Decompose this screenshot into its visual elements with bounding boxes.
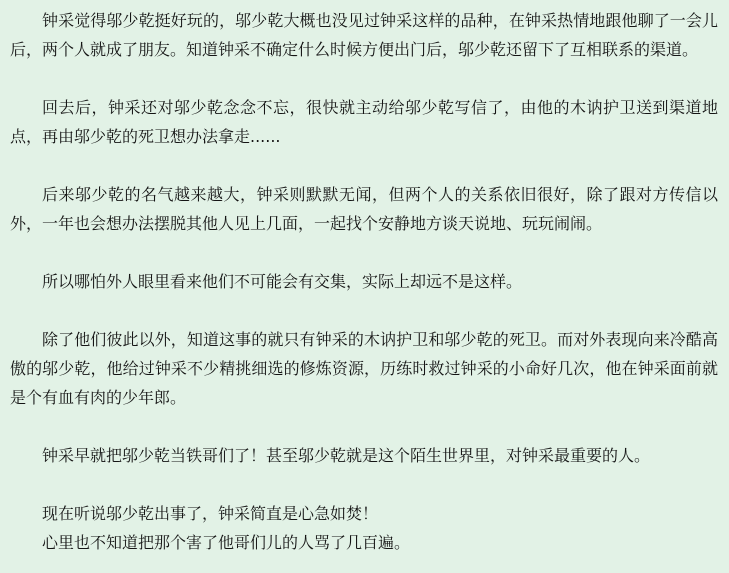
paragraph: 后来邬少乾的名气越来越大，钟采则默默无闻，但两个人的关系依旧很好，除了跟对方传信… [10,180,718,238]
paragraph: 钟采早就把邬少乾当铁哥们了！甚至邬少乾就是这个陌生世界里，对钟采最重要的人。 [10,441,718,470]
novel-text-page: 钟采觉得邬少乾挺好玩的，邬少乾大概也没见过钟采这样的品种，在钟采热情地跟他聊了一… [0,0,729,573]
paragraph: 所以哪怕外人眼里看来他们不可能会有交集，实际上却远不是这样。 [10,267,718,296]
paragraph: 回去后，钟采还对邬少乾念念不忘，很快就主动给邬少乾写信了，由他的木讷护卫送到渠道… [10,93,718,151]
paragraph: 除了他们彼此以外，知道这事的就只有钟采的木讷护卫和邬少乾的死卫。而对外表现向来冷… [10,325,718,412]
paragraph: 钟采觉得邬少乾挺好玩的，邬少乾大概也没见过钟采这样的品种，在钟采热情地跟他聊了一… [10,6,718,64]
paragraph: 现在听说邬少乾出事了，钟采简直是心急如焚！ [10,499,718,528]
paragraph: 心里也不知道把那个害了他哥们儿的人骂了几百遍。 [10,528,718,557]
